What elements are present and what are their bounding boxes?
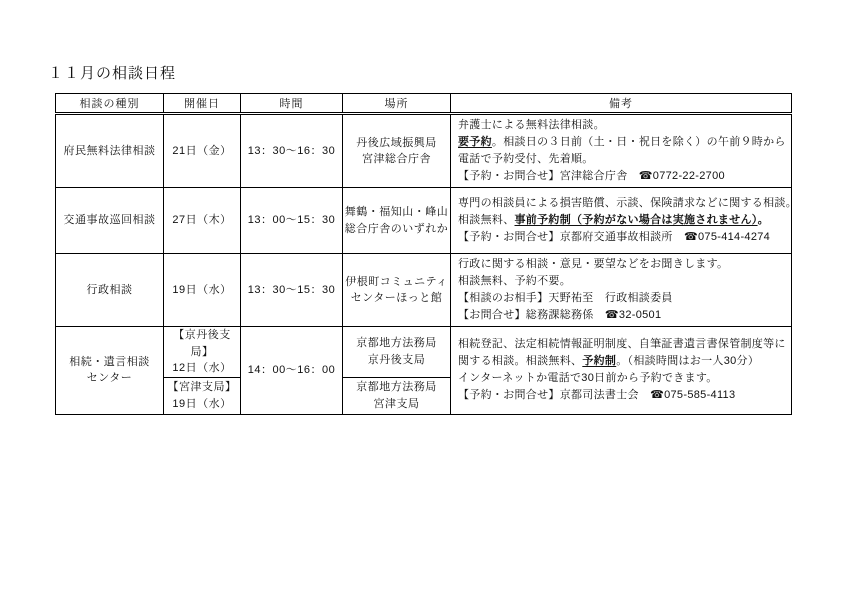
header-remarks: 備考 (451, 94, 792, 114)
type-cell: 行政相談 (56, 254, 164, 327)
page-title: １１月の相談日程 (48, 62, 176, 83)
document-page: １１月の相談日程 相談の種別 開催日 時間 場所 備考 府民無料法律相談 21日… (0, 0, 842, 596)
date-cell-miyazu: 【宮津支局】 19日（水） (164, 377, 241, 414)
time-cell: 14：00～16：00 (241, 327, 343, 415)
place-cell-miyazu: 京都地方法務局 宮津支局 (343, 377, 451, 414)
header-time: 時間 (241, 94, 343, 114)
table-row: 相続・遺言相談 センター 【京丹後支局】 12日（水） 14：00～16：00 … (56, 327, 792, 378)
time-cell: 13：00～15：30 (241, 188, 343, 254)
time-cell: 13：30～15：30 (241, 254, 343, 327)
remarks-cell: 相続登記、法定相続情報証明制度、自筆証書遺言書保管制度等に関する相談。相談無料、… (451, 327, 792, 415)
place-cell: 丹後広域振興局 宮津総合庁舎 (343, 114, 451, 188)
header-type: 相談の種別 (56, 94, 164, 114)
table-row: 行政相談 19日（水） 13：30～15：30 伊根町コミュニティ センターほっ… (56, 254, 792, 327)
remarks-cell: 弁護士による無料法律相談。要予約。相談日の３日前（土・日・祝日を除く）の午前９時… (451, 114, 792, 188)
place-cell: 舞鶴・福知山・峰山 総合庁舎のいずれか (343, 188, 451, 254)
header-date: 開催日 (164, 94, 241, 114)
type-cell: 交通事故巡回相談 (56, 188, 164, 254)
time-cell: 13：30～16：30 (241, 114, 343, 188)
date-cell: 21日（金） (164, 114, 241, 188)
consultation-schedule-table: 相談の種別 開催日 時間 場所 備考 府民無料法律相談 21日（金） 13：30… (55, 93, 792, 415)
place-cell: 伊根町コミュニティ センターほっと館 (343, 254, 451, 327)
type-cell: 府民無料法律相談 (56, 114, 164, 188)
date-cell: 27日（木） (164, 188, 241, 254)
date-cell-kyotango: 【京丹後支局】 12日（水） (164, 327, 241, 378)
remarks-cell: 行政に関する相談・意見・要望などをお聞きします。相談無料、予約不要。【相談のお相… (451, 254, 792, 327)
remarks-cell: 専門の相談員による損害賠償、示談、保険請求などに関する相談。相談無料、事前予約制… (451, 188, 792, 254)
header-place: 場所 (343, 94, 451, 114)
type-cell: 相続・遺言相談 センター (56, 327, 164, 415)
date-cell: 19日（水） (164, 254, 241, 327)
table-row: 交通事故巡回相談 27日（木） 13：00～15：30 舞鶴・福知山・峰山 総合… (56, 188, 792, 254)
place-cell-kyotango: 京都地方法務局 京丹後支局 (343, 327, 451, 378)
header-row: 相談の種別 開催日 時間 場所 備考 (56, 94, 792, 114)
table-row: 府民無料法律相談 21日（金） 13：30～16：30 丹後広域振興局 宮津総合… (56, 114, 792, 188)
